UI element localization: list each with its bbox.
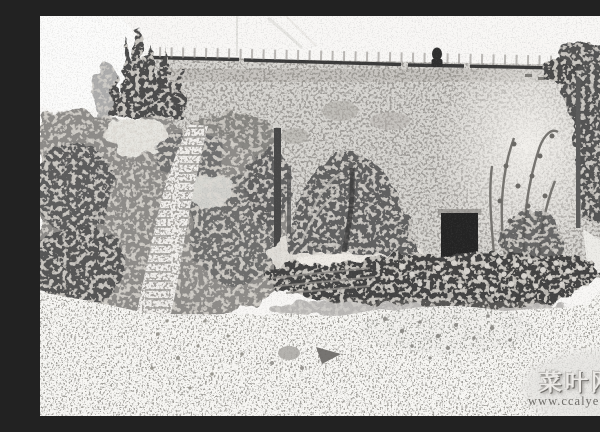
photograph: www.ccalye.com 菜叶网 www.ccalye.com bbox=[40, 16, 600, 416]
photo-grain bbox=[40, 16, 600, 416]
photo-canvas bbox=[40, 16, 600, 416]
